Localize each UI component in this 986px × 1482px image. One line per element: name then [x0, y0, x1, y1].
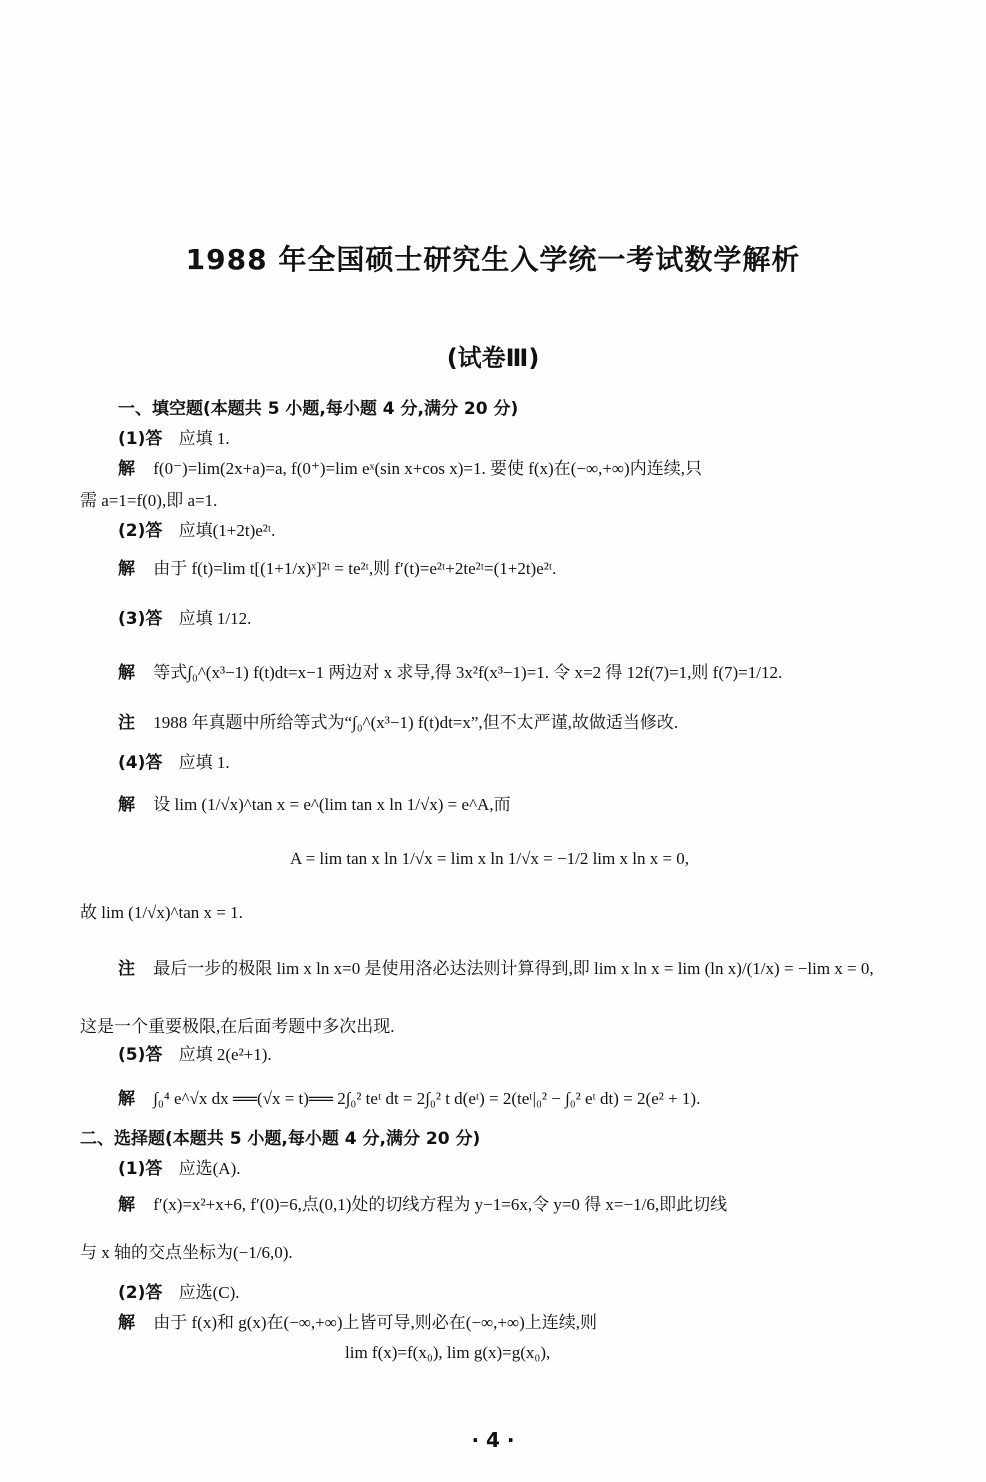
s2-q1-solution-line-1: 解 f′(x)=x²+x+6, f′(0)=6,点(0,1)处的切线方程为 y−… — [118, 1194, 727, 1216]
solution-label: 解 — [118, 1089, 135, 1109]
q4-solution-line-3: 故 lim (1/√x)^tan x = 1. — [80, 902, 243, 924]
q3-answer-row: (3)答 应填 1/12. — [118, 608, 251, 630]
question-label: (5)答 — [118, 1045, 162, 1065]
solution-label: 解 — [118, 663, 135, 683]
s2-q1-solution-line-2: 与 x 轴的交点坐标为(−1/6,0). — [80, 1242, 293, 1264]
s2-q2-answer-row: (2)答 应选(C). — [118, 1282, 240, 1304]
solution-text: 等式∫₀^(x³−1) f(t)dt=x−1 两边对 x 求导,得 3x²f(x… — [153, 663, 782, 682]
note-label: 注 — [118, 713, 135, 733]
q1-answer-row: (1)答 应填 1. — [118, 428, 230, 450]
question-label: (4)答 — [118, 753, 162, 773]
question-label: (2)答 — [118, 521, 162, 541]
q3-note-line-1: 注 1988 年真题中所给等式为“∫₀^(x³−1) f(t)dt=x”,但不太… — [118, 712, 678, 734]
q1-solution-line-1: 解 f(0⁻)=lim(2x+a)=a, f(0⁺)=lim eˣ(sin x+… — [118, 458, 702, 480]
solution-text: 由于 f(t)=lim t[(1+1/x)ˣ]²ᵗ = te²ᵗ,则 f′(t)… — [153, 559, 556, 578]
q4-answer-row: (4)答 应填 1. — [118, 752, 230, 774]
solution-text: 设 lim (1/√x)^tan x = e^(lim tan x ln 1/√… — [153, 795, 510, 814]
q4-solution-line-2: A = lim tan x ln 1/√x = lim x ln 1/√x = … — [290, 848, 689, 870]
note-label: 注 — [118, 959, 135, 979]
q1-solution-line-2: 需 a=1=f(0),即 a=1. — [80, 490, 217, 512]
page-title: 1988 年全国硕士研究生入学统一考试数学解析 — [0, 238, 986, 278]
answer-text: 应选(C). — [179, 1283, 240, 1302]
document-page: 1988 年全国硕士研究生入学统一考试数学解析 (试卷Ⅲ) 一、填空题(本题共 … — [0, 0, 986, 1482]
q5-answer-row: (5)答 应填 2(e²+1). — [118, 1044, 272, 1066]
note-text: 1988 年真题中所给等式为“∫₀^(x³−1) f(t)dt=x”,但不太严谨… — [153, 713, 678, 732]
answer-text: 应填 1. — [179, 753, 230, 772]
question-label: (2)答 — [118, 1283, 162, 1303]
answer-text: 应填(1+2t)e²ᵗ. — [179, 521, 276, 540]
section-heading-fill-in: 一、填空题(本题共 5 小题,每小题 4 分,满分 20 分) — [118, 398, 518, 420]
solution-text: 由于 f(x)和 g(x)在(−∞,+∞)上皆可导,则必在(−∞,+∞)上连续,… — [153, 1313, 597, 1332]
note-text: 最后一步的极限 lim x ln x=0 是使用洛必达法则计算得到,即 lim … — [153, 959, 873, 978]
question-label: (1)答 — [118, 429, 162, 449]
page-number: · 4 · — [0, 1428, 986, 1452]
question-label: (1)答 — [118, 1159, 162, 1179]
q5-solution-line-1: 解 ∫₀⁴ e^√x dx ══(√x = t)══ 2∫₀² teᵗ dt =… — [118, 1088, 700, 1110]
answer-text: 应填 1. — [179, 429, 230, 448]
solution-label: 解 — [118, 559, 135, 579]
answer-text: 应填 2(e²+1). — [179, 1045, 272, 1064]
q3-solution-line-1: 解 等式∫₀^(x³−1) f(t)dt=x−1 两边对 x 求导,得 3x²f… — [118, 662, 782, 684]
q4-note-line-2: 这是一个重要极限,在后面考题中多次出现. — [80, 1016, 395, 1038]
s2-q2-solution-line-2: lim f(x)=f(x₀), lim g(x)=g(x₀), — [345, 1342, 550, 1364]
solution-text: f(0⁻)=lim(2x+a)=a, f(0⁺)=lim eˣ(sin x+co… — [153, 459, 702, 478]
section-heading-multiple-choice: 二、选择题(本题共 5 小题,每小题 4 分,满分 20 分) — [80, 1128, 480, 1150]
solution-label: 解 — [118, 1195, 135, 1215]
q4-solution-line-1: 解 设 lim (1/√x)^tan x = e^(lim tan x ln 1… — [118, 794, 511, 816]
answer-text: 应填 1/12. — [179, 609, 252, 628]
page-subtitle: (试卷Ⅲ) — [0, 338, 986, 373]
answer-text: 应选(A). — [179, 1159, 241, 1178]
q2-solution-line-1: 解 由于 f(t)=lim t[(1+1/x)ˣ]²ᵗ = te²ᵗ,则 f′(… — [118, 558, 556, 580]
solution-label: 解 — [118, 1313, 135, 1333]
solution-text: f′(x)=x²+x+6, f′(0)=6,点(0,1)处的切线方程为 y−1=… — [153, 1195, 727, 1214]
solution-label: 解 — [118, 459, 135, 479]
question-label: (3)答 — [118, 609, 162, 629]
q2-answer-row: (2)答 应填(1+2t)e²ᵗ. — [118, 520, 275, 542]
q4-note-line-1: 注 最后一步的极限 lim x ln x=0 是使用洛必达法则计算得到,即 li… — [118, 958, 874, 980]
s2-q1-answer-row: (1)答 应选(A). — [118, 1158, 240, 1180]
solution-text: ∫₀⁴ e^√x dx ══(√x = t)══ 2∫₀² teᵗ dt = 2… — [153, 1089, 700, 1108]
solution-label: 解 — [118, 795, 135, 815]
s2-q2-solution-line-1: 解 由于 f(x)和 g(x)在(−∞,+∞)上皆可导,则必在(−∞,+∞)上连… — [118, 1312, 597, 1334]
